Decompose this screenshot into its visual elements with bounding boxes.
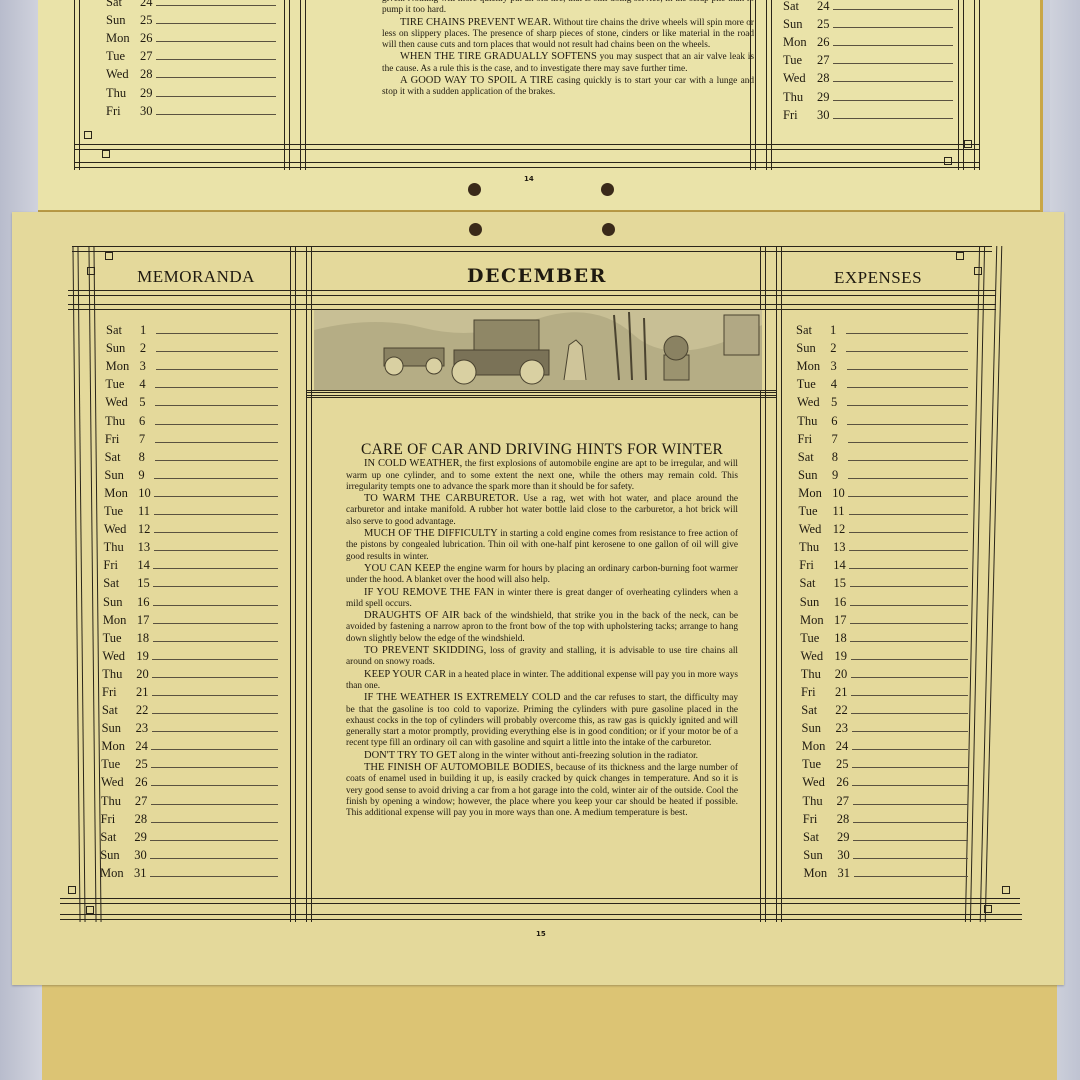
day-name: Wed bbox=[783, 71, 817, 86]
day-name: Tue bbox=[797, 377, 831, 392]
entry-line[interactable] bbox=[150, 839, 278, 841]
prev-article-paragraph: A GOOD WAY TO SPOIL A TIRE casing quickl… bbox=[382, 75, 754, 99]
entry-line[interactable] bbox=[153, 604, 278, 606]
day-name: Mon bbox=[800, 613, 834, 628]
entry-line[interactable] bbox=[155, 404, 278, 406]
day-number: 30 bbox=[140, 104, 156, 119]
expenses-date-row[interactable]: Tue25 bbox=[802, 754, 968, 772]
prev-expenses-date-row[interactable]: Tue27 bbox=[783, 50, 953, 68]
entry-line[interactable] bbox=[152, 694, 278, 696]
day-name: Tue bbox=[800, 631, 834, 646]
day-name: Sun bbox=[800, 595, 834, 610]
day-name: Wed bbox=[106, 67, 140, 82]
day-number: 18 bbox=[834, 631, 850, 646]
expenses-date-row[interactable]: Wed12 bbox=[799, 519, 968, 537]
prev-expenses-date-row[interactable]: Sun25 bbox=[783, 14, 953, 32]
day-name: Sun bbox=[802, 721, 836, 736]
entry-line[interactable] bbox=[833, 80, 953, 82]
day-number: 20 bbox=[835, 667, 851, 682]
expenses-date-row[interactable]: Wed26 bbox=[802, 772, 968, 790]
day-name: Mon bbox=[797, 359, 831, 374]
day-name: Sun bbox=[796, 341, 830, 356]
memoranda-date-row[interactable]: Wed26 bbox=[101, 772, 278, 790]
entry-line[interactable] bbox=[847, 404, 968, 406]
day-number: 21 bbox=[136, 685, 152, 700]
entry-line[interactable] bbox=[853, 857, 968, 859]
day-number: 18 bbox=[137, 631, 153, 646]
day-number: 9 bbox=[138, 468, 154, 483]
day-name: Tue bbox=[106, 49, 140, 64]
day-name: Sun bbox=[106, 341, 140, 356]
memoranda-date-row[interactable]: Sat1 bbox=[106, 320, 278, 338]
entry-line[interactable] bbox=[154, 495, 278, 497]
day-name: Thu bbox=[803, 794, 837, 809]
day-name: Sun bbox=[798, 468, 832, 483]
entry-line[interactable] bbox=[156, 4, 276, 6]
entry-line[interactable] bbox=[156, 368, 278, 370]
corner-ornament bbox=[974, 267, 982, 275]
expenses-date-row[interactable]: Sat22 bbox=[801, 700, 968, 718]
memoranda-date-row[interactable]: Sat22 bbox=[102, 700, 278, 718]
day-name: Sun bbox=[103, 595, 137, 610]
expenses-date-row[interactable]: Wed19 bbox=[801, 646, 969, 664]
entry-line[interactable] bbox=[151, 748, 278, 750]
day-name: Mon bbox=[802, 739, 836, 754]
memoranda-date-row[interactable]: Sat8 bbox=[105, 447, 278, 465]
day-number: 29 bbox=[837, 830, 853, 845]
memoranda-date-row[interactable]: Fri21 bbox=[102, 682, 278, 700]
frame-border bbox=[306, 246, 312, 922]
expenses-date-row[interactable]: Fri28 bbox=[803, 809, 968, 827]
memoranda-date-row[interactable]: Mon3 bbox=[106, 356, 278, 374]
frame-border bbox=[68, 290, 996, 296]
day-number: 26 bbox=[836, 775, 852, 790]
entry-line[interactable] bbox=[153, 640, 278, 642]
day-number: 30 bbox=[837, 848, 853, 863]
day-number: 5 bbox=[139, 395, 155, 410]
day-number: 19 bbox=[136, 649, 152, 664]
entry-line[interactable] bbox=[851, 658, 969, 660]
day-name: Sat bbox=[102, 703, 136, 718]
entry-line[interactable] bbox=[850, 640, 968, 642]
entry-line[interactable] bbox=[155, 441, 278, 443]
memoranda-date-row[interactable]: Tue25 bbox=[101, 754, 278, 772]
day-number: 2 bbox=[830, 341, 846, 356]
day-name: Fri bbox=[799, 558, 833, 573]
day-name: Sat bbox=[801, 703, 835, 718]
paragraph-lead: IF THE WEATHER IS EXTREMELY COLD bbox=[364, 692, 560, 703]
day-number: 8 bbox=[832, 450, 848, 465]
prev-article-paragraph: TIRE CHAINS PREVENT WEAR. Without tire c… bbox=[382, 17, 754, 52]
frame-border bbox=[776, 246, 782, 922]
entry-line[interactable] bbox=[154, 513, 278, 515]
article-paragraph: MUCH OF THE DIFFICULTY in starting a col… bbox=[346, 528, 738, 563]
day-name: Sat bbox=[803, 830, 837, 845]
entry-line[interactable] bbox=[155, 423, 278, 425]
prev-expenses-date-row[interactable]: Sat24 bbox=[783, 0, 953, 14]
entry-line[interactable] bbox=[154, 549, 278, 551]
entry-line[interactable] bbox=[156, 58, 276, 60]
day-number: 24 bbox=[836, 739, 852, 754]
memoranda-date-row[interactable]: Wed5 bbox=[105, 392, 278, 410]
entry-line[interactable] bbox=[151, 803, 278, 805]
entry-line[interactable] bbox=[833, 99, 953, 101]
prev-expenses-date-row[interactable]: Mon26 bbox=[783, 32, 953, 50]
entry-line[interactable] bbox=[153, 585, 278, 587]
binding-hole bbox=[601, 183, 614, 196]
entry-line[interactable] bbox=[853, 803, 969, 805]
entry-line[interactable] bbox=[151, 821, 278, 823]
expenses-date-row[interactable]: Sun9 bbox=[798, 465, 968, 483]
memoranda-date-row[interactable]: Thu13 bbox=[104, 537, 278, 555]
previous-memoranda-dates: Sat24Sun25Mon26Tue27Wed28Thu29Fri30 bbox=[106, 0, 276, 119]
entry-line[interactable] bbox=[848, 459, 968, 461]
expenses-date-row[interactable]: Fri21 bbox=[801, 682, 968, 700]
corner-ornament bbox=[87, 267, 95, 275]
day-number: 25 bbox=[817, 17, 833, 32]
day-name: Thu bbox=[104, 540, 138, 555]
entry-line[interactable] bbox=[833, 117, 953, 119]
day-number: 28 bbox=[817, 71, 833, 86]
paragraph-lead: TO WARM THE CARBURETOR. bbox=[364, 493, 519, 504]
entry-line[interactable] bbox=[852, 730, 969, 732]
day-name: Fri bbox=[801, 685, 835, 700]
entry-line[interactable] bbox=[151, 766, 278, 768]
day-number: 14 bbox=[833, 558, 849, 573]
corner-ornament bbox=[984, 905, 992, 913]
entry-line[interactable] bbox=[847, 386, 968, 388]
entry-line[interactable] bbox=[848, 441, 969, 443]
entry-line[interactable] bbox=[833, 26, 953, 28]
binding-hole bbox=[469, 223, 482, 236]
day-name: Mon bbox=[783, 35, 817, 50]
day-name: Sun bbox=[783, 17, 817, 32]
entry-line[interactable] bbox=[851, 676, 968, 678]
entry-line[interactable] bbox=[154, 477, 278, 479]
day-number: 10 bbox=[138, 486, 154, 501]
memoranda-date-row[interactable]: Fri7 bbox=[105, 429, 278, 447]
day-number: 15 bbox=[137, 576, 153, 591]
expenses-date-row[interactable]: Sat1 bbox=[796, 320, 968, 338]
entry-line[interactable] bbox=[152, 712, 278, 714]
memoranda-date-row[interactable]: Thu20 bbox=[102, 664, 278, 682]
frame-border bbox=[74, 162, 980, 168]
entry-line[interactable] bbox=[156, 113, 276, 115]
expenses-date-row[interactable]: Thu27 bbox=[803, 790, 969, 808]
expenses-date-row[interactable]: Thu6 bbox=[797, 410, 968, 428]
paragraph-lead: DON'T TRY TO GET bbox=[364, 750, 457, 761]
expenses-date-row[interactable]: Sun2 bbox=[796, 338, 968, 356]
prev-expenses-date-row[interactable]: Fri30 bbox=[783, 105, 953, 123]
day-name: Tue bbox=[103, 631, 137, 646]
day-number: 25 bbox=[836, 757, 852, 772]
entry-line[interactable] bbox=[155, 386, 278, 388]
memoranda-date-row[interactable]: Sat15 bbox=[103, 573, 278, 591]
corner-ornament bbox=[956, 252, 964, 260]
article-paragraph: DON'T TRY TO GET along in the winter wit… bbox=[346, 750, 738, 762]
day-number: 28 bbox=[135, 812, 151, 827]
expenses-date-row[interactable]: Sun16 bbox=[800, 591, 968, 609]
entry-line[interactable] bbox=[849, 567, 968, 569]
day-name: Sun bbox=[106, 13, 140, 28]
day-number: 7 bbox=[139, 432, 155, 447]
day-number: 1 bbox=[830, 323, 846, 338]
entry-line[interactable] bbox=[151, 784, 278, 786]
day-number: 4 bbox=[139, 377, 155, 392]
day-number: 27 bbox=[817, 53, 833, 68]
entry-line[interactable] bbox=[152, 730, 278, 732]
entry-line[interactable] bbox=[849, 531, 968, 533]
article-paragraph: TO WARM THE CARBURETOR. Use a rag, wet w… bbox=[346, 493, 738, 528]
entry-line[interactable] bbox=[846, 350, 968, 352]
frame-border bbox=[60, 914, 1022, 920]
day-name: Sun bbox=[104, 468, 138, 483]
memoranda-date-row[interactable]: Sun23 bbox=[102, 718, 278, 736]
day-name: Mon bbox=[106, 31, 140, 46]
paragraph-lead: YOU CAN KEEP bbox=[364, 563, 441, 574]
entry-line[interactable] bbox=[156, 76, 276, 78]
entry-line[interactable] bbox=[849, 513, 969, 515]
day-number: 28 bbox=[140, 67, 156, 82]
entry-line[interactable] bbox=[847, 368, 969, 370]
memoranda-date-row[interactable]: Mon10 bbox=[104, 483, 278, 501]
day-number: 11 bbox=[138, 504, 154, 519]
day-name: Wed bbox=[102, 649, 136, 664]
day-number: 1 bbox=[140, 323, 156, 338]
entry-line[interactable] bbox=[833, 8, 953, 10]
entry-line[interactable] bbox=[833, 62, 953, 64]
day-name: Sun bbox=[803, 848, 837, 863]
entry-line[interactable] bbox=[153, 567, 278, 569]
day-name: Sat bbox=[106, 323, 140, 338]
day-name: Thu bbox=[783, 90, 817, 105]
day-number: 31 bbox=[134, 866, 150, 881]
expenses-date-row[interactable]: Mon17 bbox=[800, 610, 968, 628]
expenses-date-row[interactable]: Mon10 bbox=[798, 483, 968, 501]
entry-line[interactable] bbox=[851, 694, 968, 696]
day-number: 19 bbox=[835, 649, 851, 664]
prev-memoranda-date-row[interactable]: Sun25 bbox=[106, 10, 276, 28]
frame-border bbox=[980, 246, 1003, 922]
memoranda-date-row[interactable]: Fri14 bbox=[103, 555, 278, 573]
entry-line[interactable] bbox=[852, 784, 968, 786]
frame-border bbox=[72, 246, 992, 252]
expenses-date-row[interactable]: Mon3 bbox=[797, 356, 969, 374]
day-name: Tue bbox=[799, 504, 833, 519]
prev-memoranda-date-row[interactable]: Sat24 bbox=[106, 0, 276, 10]
entry-line[interactable] bbox=[853, 821, 968, 823]
paragraph-lead: KEEP YOUR CAR bbox=[364, 669, 446, 680]
previous-article: given. Nothing will more quickly put an … bbox=[382, 0, 754, 99]
entry-line[interactable] bbox=[833, 44, 953, 46]
day-name: Wed bbox=[104, 522, 138, 537]
day-number: 29 bbox=[134, 830, 150, 845]
memoranda-date-row[interactable]: Tue4 bbox=[105, 374, 278, 392]
expenses-date-row[interactable]: Mon31 bbox=[804, 863, 969, 881]
entry-line[interactable] bbox=[154, 531, 278, 533]
entry-line[interactable] bbox=[850, 622, 968, 624]
entry-line[interactable] bbox=[153, 622, 278, 624]
expenses-date-row[interactable]: Fri14 bbox=[799, 555, 968, 573]
paragraph-lead: TIRE CHAINS PREVENT WEAR. bbox=[400, 17, 551, 28]
prev-memoranda-date-row[interactable]: Mon26 bbox=[106, 28, 276, 46]
day-name: Fri bbox=[103, 558, 137, 573]
article-paragraph: THE FINISH OF AUTOMOBILE BODIES, because… bbox=[346, 762, 738, 819]
day-name: Wed bbox=[801, 649, 835, 664]
day-number: 20 bbox=[136, 667, 152, 682]
article-paragraph: IF THE WEATHER IS EXTREMELY COLD and the… bbox=[346, 692, 738, 749]
entry-line[interactable] bbox=[156, 350, 278, 352]
corner-ornament bbox=[964, 140, 972, 148]
prev-memoranda-date-row[interactable]: Thu29 bbox=[106, 82, 276, 100]
day-number: 23 bbox=[136, 721, 152, 736]
day-number: 12 bbox=[833, 522, 849, 537]
day-name: Sat bbox=[103, 576, 137, 591]
frame-border bbox=[88, 246, 101, 922]
day-name: Wed bbox=[101, 775, 135, 790]
day-number: 10 bbox=[832, 486, 848, 501]
day-number: 3 bbox=[831, 359, 847, 374]
memoranda-date-row[interactable]: Sun9 bbox=[104, 465, 278, 483]
entry-line[interactable] bbox=[847, 423, 968, 425]
day-number: 22 bbox=[835, 703, 851, 718]
memoranda-date-row[interactable]: Wed12 bbox=[104, 519, 278, 537]
day-name: Thu bbox=[101, 794, 135, 809]
binding-hole bbox=[602, 223, 615, 236]
prev-article-paragraph: given. Nothing will more quickly put an … bbox=[382, 0, 754, 17]
car-scene-icon bbox=[314, 310, 762, 390]
article-paragraph: YOU CAN KEEP the engine warm for hours b… bbox=[346, 563, 738, 587]
paragraph-lead: MUCH OF THE DIFFICULTY bbox=[364, 528, 498, 539]
expenses-date-row[interactable]: Sat29 bbox=[803, 827, 968, 845]
frame-border bbox=[306, 390, 776, 396]
entry-line[interactable] bbox=[851, 712, 968, 714]
day-number: 22 bbox=[136, 703, 152, 718]
corner-ornament bbox=[68, 886, 76, 894]
entry-line[interactable] bbox=[854, 875, 969, 877]
memoranda-date-row[interactable]: Wed19 bbox=[102, 646, 278, 664]
expenses-date-row[interactable]: Thu13 bbox=[799, 537, 968, 555]
expenses-date-row[interactable]: Tue11 bbox=[799, 501, 969, 519]
memoranda-date-row[interactable]: Mon31 bbox=[100, 863, 278, 881]
day-name: Fri bbox=[102, 685, 136, 700]
memoranda-date-row[interactable]: Tue11 bbox=[104, 501, 278, 519]
memoranda-date-row[interactable]: Tue18 bbox=[103, 628, 278, 646]
day-number: 8 bbox=[139, 450, 155, 465]
memoranda-date-row[interactable]: Mon24 bbox=[101, 736, 278, 754]
prev-memoranda-date-row[interactable]: Wed28 bbox=[106, 64, 276, 82]
entry-line[interactable] bbox=[152, 676, 278, 678]
prev-expenses-date-row[interactable]: Thu29 bbox=[783, 86, 953, 104]
entry-line[interactable] bbox=[150, 857, 278, 859]
day-number: 2 bbox=[140, 341, 156, 356]
prev-memoranda-date-row[interactable]: Fri30 bbox=[106, 101, 276, 119]
day-number: 6 bbox=[139, 414, 155, 429]
memoranda-date-row[interactable]: Sat29 bbox=[100, 827, 278, 845]
entry-line[interactable] bbox=[156, 332, 278, 334]
article-paragraph: TO PREVENT SKIDDING, loss of gravity and… bbox=[346, 645, 738, 669]
memoranda-heading: MEMORANDA bbox=[102, 267, 290, 287]
expenses-date-row[interactable]: Fri7 bbox=[798, 429, 969, 447]
entry-line[interactable] bbox=[155, 459, 278, 461]
expenses-date-row[interactable]: Wed5 bbox=[797, 392, 968, 410]
day-name: Mon bbox=[106, 359, 140, 374]
entry-line[interactable] bbox=[156, 40, 276, 42]
entry-line[interactable] bbox=[152, 658, 278, 660]
memoranda-date-row[interactable]: Sun30 bbox=[100, 845, 278, 863]
entry-line[interactable] bbox=[156, 22, 276, 24]
expenses-date-row[interactable]: Mon24 bbox=[802, 736, 968, 754]
expenses-date-row[interactable]: Tue18 bbox=[800, 628, 968, 646]
entry-line[interactable] bbox=[853, 839, 968, 841]
day-name: Thu bbox=[799, 540, 833, 555]
memoranda-date-row[interactable]: Fri28 bbox=[101, 809, 278, 827]
entry-line[interactable] bbox=[156, 95, 276, 97]
day-name: Mon bbox=[100, 866, 134, 881]
day-number: 13 bbox=[138, 540, 154, 555]
entry-line[interactable] bbox=[150, 875, 278, 877]
previous-expenses-dates: Sat24Sun25Mon26Tue27Wed28Thu29Fri30 bbox=[783, 0, 953, 123]
day-number: 17 bbox=[834, 613, 850, 628]
memoranda-date-row[interactable]: Sun16 bbox=[103, 591, 278, 609]
memoranda-date-row[interactable]: Thu6 bbox=[105, 410, 278, 428]
entry-line[interactable] bbox=[850, 585, 969, 587]
day-name: Fri bbox=[783, 108, 817, 123]
day-number: 16 bbox=[137, 595, 153, 610]
day-number: 24 bbox=[135, 739, 151, 754]
expenses-date-row[interactable]: Sat8 bbox=[798, 447, 968, 465]
prev-expenses-date-row[interactable]: Wed28 bbox=[783, 68, 953, 86]
memoranda-date-list: Sat1Sun2Mon3Tue4Wed5Thu6Fri7Sat8Sun9Mon1… bbox=[106, 320, 278, 881]
day-name: Mon bbox=[104, 486, 138, 501]
paragraph-lead: IN COLD WEATHER, bbox=[364, 458, 462, 469]
memoranda-date-row[interactable]: Sun2 bbox=[106, 338, 278, 356]
expenses-date-row[interactable]: Sun23 bbox=[802, 718, 969, 736]
expenses-date-row[interactable]: Thu20 bbox=[801, 664, 968, 682]
day-number: 6 bbox=[831, 414, 847, 429]
entry-line[interactable] bbox=[852, 766, 968, 768]
underlying-pages bbox=[42, 985, 1057, 1080]
memoranda-date-row[interactable]: Mon17 bbox=[103, 610, 278, 628]
paragraph-lead: DRAUGHTS OF AIR bbox=[364, 610, 460, 621]
winter-automobile-illustration bbox=[314, 310, 762, 390]
expenses-date-row[interactable]: Sun30 bbox=[803, 845, 968, 863]
article-paragraph: IN COLD WEATHER, the first explosions of… bbox=[346, 458, 738, 493]
entry-line[interactable] bbox=[849, 549, 968, 551]
day-name: Tue bbox=[783, 53, 817, 68]
expenses-date-row[interactable]: Tue4 bbox=[797, 374, 968, 392]
day-name: Thu bbox=[797, 414, 831, 429]
article-paragraph: KEEP YOUR CAR in a heated place in winte… bbox=[346, 669, 738, 693]
memoranda-date-row[interactable]: Thu27 bbox=[101, 790, 278, 808]
entry-line[interactable] bbox=[850, 604, 968, 606]
day-name: Sun bbox=[102, 721, 136, 736]
expenses-date-row[interactable]: Sat15 bbox=[800, 573, 969, 591]
day-number: 26 bbox=[140, 31, 156, 46]
frame-border bbox=[60, 898, 1020, 904]
previous-page-number: 14 bbox=[524, 175, 534, 183]
entry-line[interactable] bbox=[848, 495, 968, 497]
entry-line[interactable] bbox=[848, 477, 968, 479]
entry-line[interactable] bbox=[852, 748, 968, 750]
day-number: 13 bbox=[833, 540, 849, 555]
prev-memoranda-date-row[interactable]: Tue27 bbox=[106, 46, 276, 64]
day-number: 9 bbox=[832, 468, 848, 483]
entry-line[interactable] bbox=[846, 332, 968, 334]
day-name: Tue bbox=[105, 377, 139, 392]
day-name: Mon bbox=[101, 739, 135, 754]
day-name: Wed bbox=[797, 395, 831, 410]
